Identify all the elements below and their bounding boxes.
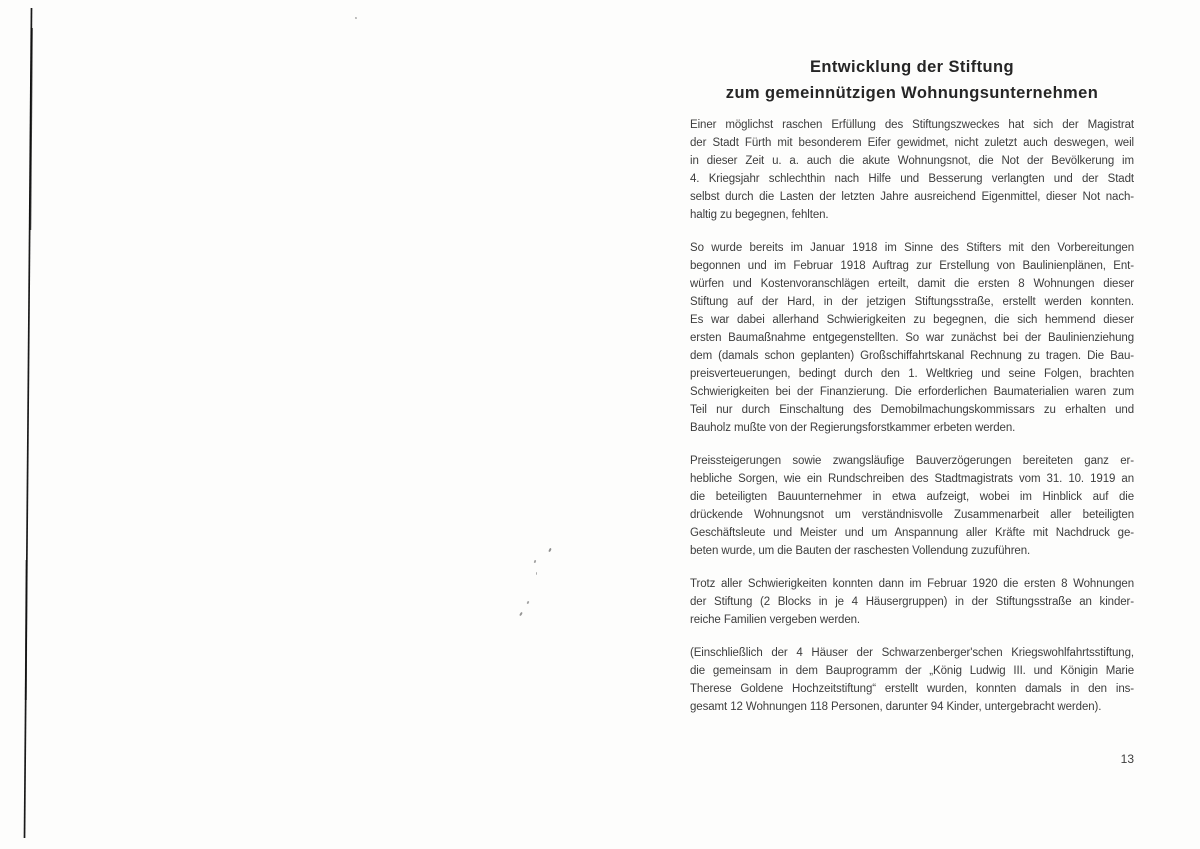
text-line: würfen und Kostenvoranschlägen erteilt, … [690, 275, 1134, 293]
scanned-book-page: Entwicklung der Stiftung zum gemeinnützi… [0, 0, 1200, 849]
speckle [548, 548, 552, 552]
document-title: Entwicklung der Stiftung zum gemeinnützi… [690, 54, 1134, 106]
text-line: Stiftung auf der Hard, in der jetzigen S… [690, 293, 1134, 311]
text-line: Preissteigerungen sowie zwangsläufige Ba… [690, 452, 1134, 470]
text-line: Schwierigkeiten bei der Finanzierung. Di… [690, 383, 1134, 401]
text-line: dem (damals schon geplanten) Großschiffa… [690, 347, 1134, 365]
text-line: der Stadt Fürth mit besonderem Eifer gew… [690, 134, 1134, 152]
text-line: reiche Familien vergeben werden. [690, 611, 1134, 629]
text-line: hebliche Sorgen, wie ein Rundschreiben d… [690, 470, 1134, 488]
text-line: ersten Baumaßnahme entgegenstellten. So … [690, 329, 1134, 347]
text-line: in dieser Zeit u. a. auch die akute Wohn… [690, 152, 1134, 170]
speckle [536, 572, 537, 575]
text-line: haltig zu begegnen, fehlten. [690, 206, 1134, 224]
text-line: gesamt 12 Wohnungen 118 Personen, darunt… [690, 698, 1134, 716]
text-line: Teil nur durch Einschaltung des Demobilm… [690, 401, 1134, 419]
speckle [534, 560, 537, 564]
text-line: Bauholz mußte von der Regierungsforstkam… [690, 419, 1134, 437]
speckle [355, 17, 357, 19]
paragraph: Trotz aller Schwierigkeiten konnten dann… [690, 575, 1134, 629]
text-line: die gemeinsam in dem Bauprogramm der „Kö… [690, 662, 1134, 680]
text-line: Therese Goldene Hochzeitstiftung“ erstel… [690, 680, 1134, 698]
text-line: Es war dabei allerhand Schwierigkeiten z… [690, 311, 1134, 329]
text-line: der Stiftung (2 Blocks in je 4 Häusergru… [690, 593, 1134, 611]
body-paragraphs: Einer möglichst raschen Erfüllung des St… [690, 116, 1134, 716]
text-line: Trotz aller Schwierigkeiten konnten dann… [690, 575, 1134, 593]
text-line: drückende Wohnungsnot um verständnisvoll… [690, 506, 1134, 524]
paragraph: Einer möglichst raschen Erfüllung des St… [690, 116, 1134, 224]
text-line: selbst durch die Lasten der letzten Jahr… [690, 188, 1134, 206]
speckle [526, 601, 529, 605]
title-line-2: zum gemeinnützigen Wohnungsunternehmen [690, 80, 1134, 106]
paragraph: (Einschließlich der 4 Häuser der Schwarz… [690, 644, 1134, 716]
page-number: 13 [690, 750, 1134, 768]
text-line: die beteiligten Bauunternehmer in etwa a… [690, 488, 1134, 506]
title-line-1: Entwicklung der Stiftung [690, 54, 1134, 80]
text-line: 4. Kriegsjahr schlechthin nach Hilfe und… [690, 170, 1134, 188]
paragraph: So wurde bereits im Januar 1918 im Sinne… [690, 239, 1134, 437]
text-line: Einer möglichst raschen Erfüllung des St… [690, 116, 1134, 134]
text-line: begonnen und im Februar 1918 Auftrag zur… [690, 257, 1134, 275]
text-line: beten wurde, um die Bauten der rascheste… [690, 542, 1134, 560]
text-line: Geschäftsleute und Meister und um Anspan… [690, 524, 1134, 542]
paragraph: Preissteigerungen sowie zwangsläufige Ba… [690, 452, 1134, 560]
binding-edge-line [0, 0, 70, 849]
text-line: preisverteuerungen, bedingt durch den 1.… [690, 365, 1134, 383]
speckle [519, 612, 523, 616]
text-line: So wurde bereits im Januar 1918 im Sinne… [690, 239, 1134, 257]
text-line: (Einschließlich der 4 Häuser der Schwarz… [690, 644, 1134, 662]
